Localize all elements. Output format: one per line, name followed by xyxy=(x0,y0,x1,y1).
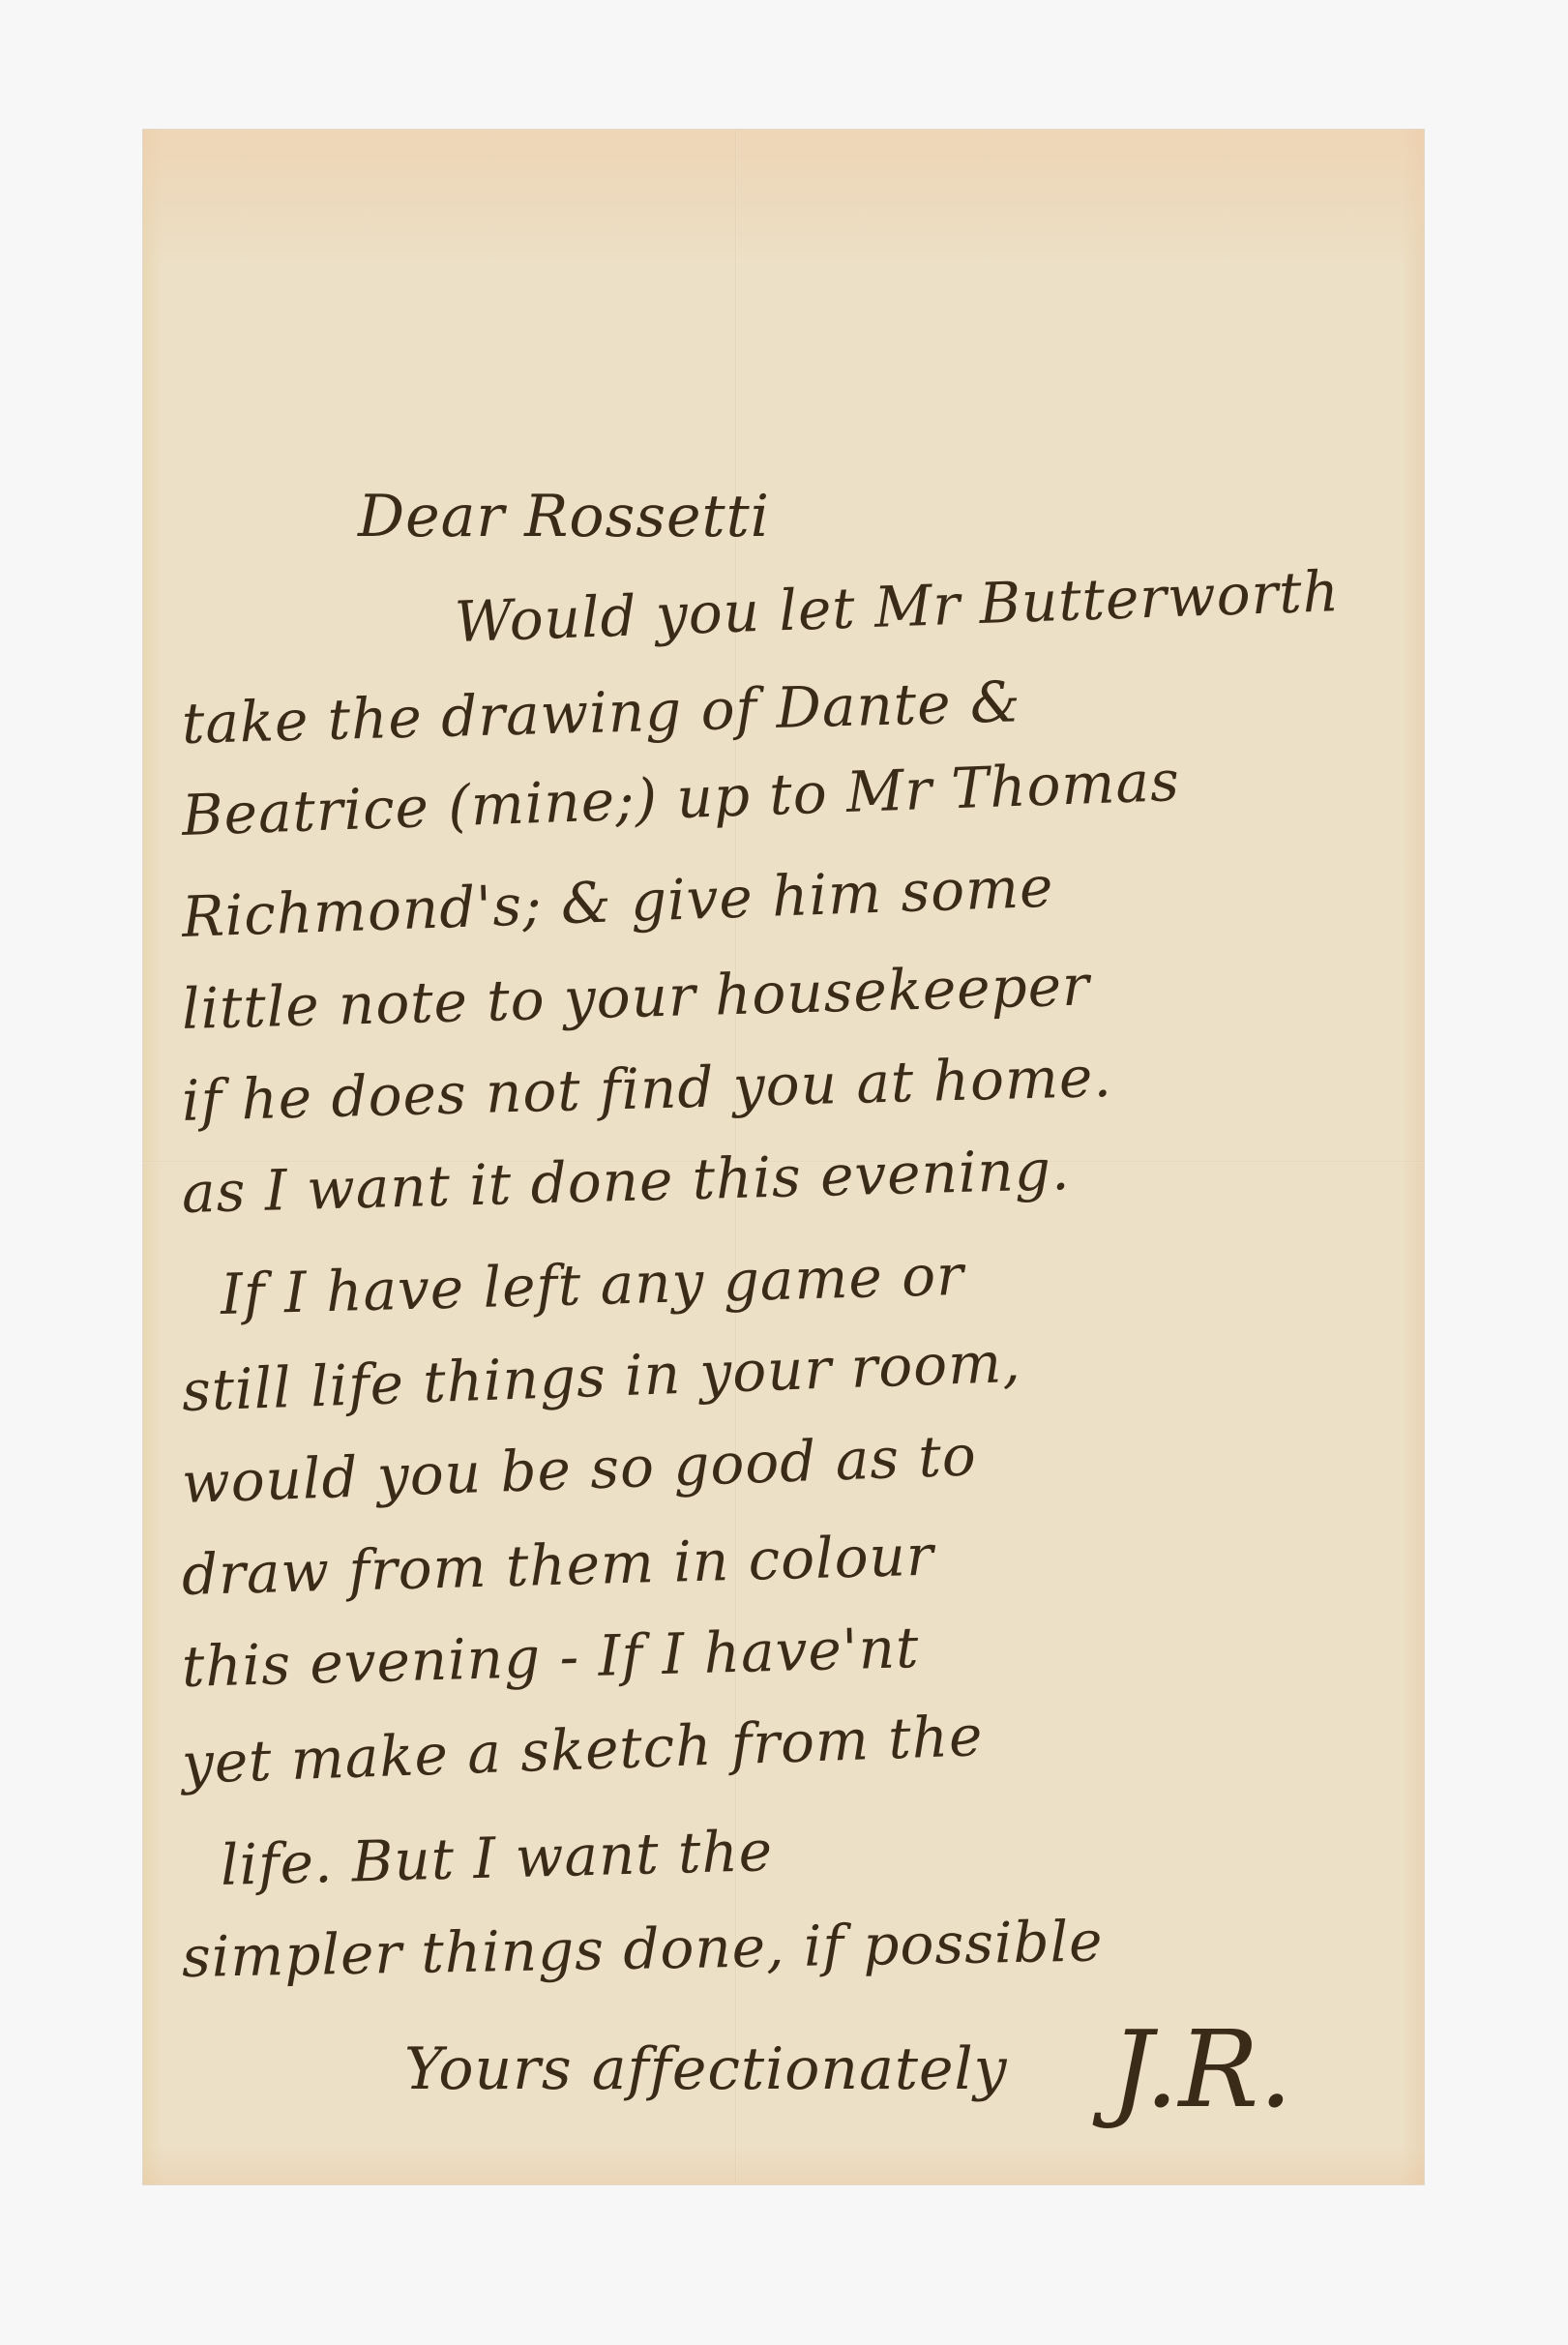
letter-line: would you be so good as to xyxy=(181,1427,978,1511)
letter-line: little note to your housekeeper xyxy=(181,957,1090,1037)
letter-line: Richmond's; & give him some xyxy=(181,859,1054,945)
letter-line: yet make a sketch from the xyxy=(181,1707,984,1792)
letter-line: this evening - If I have'nt xyxy=(181,1619,920,1695)
letter-line: draw from them in colour xyxy=(181,1528,934,1603)
letter-line: if he does not find you at home. xyxy=(181,1049,1112,1129)
letter-line: If I have left any game or xyxy=(220,1247,964,1322)
letter-line: Would you let Mr Butterworth xyxy=(454,563,1341,650)
signature: J.R. xyxy=(1110,2016,1292,2122)
letter-line: as I want it done this evening. xyxy=(181,1142,1071,1221)
letter-line: simpler things done, if possible xyxy=(181,1913,1103,1985)
letter-line: take the drawing of Dante & xyxy=(181,673,1021,752)
closing: Yours affectionately xyxy=(404,2040,1008,2098)
letter-paper: Dear Rossetti Would you let Mr Butterwor… xyxy=(143,130,1424,2184)
salutation: Dear Rossetti xyxy=(358,488,770,546)
letter-line: still life things in your room, xyxy=(181,1334,1021,1419)
letter-line: life. But I want the xyxy=(220,1823,773,1893)
letter-body: Dear Rossetti Would you let Mr Butterwor… xyxy=(143,130,1424,2184)
letter-line: Beatrice (mine;) up to Mr Thomas xyxy=(181,753,1181,844)
